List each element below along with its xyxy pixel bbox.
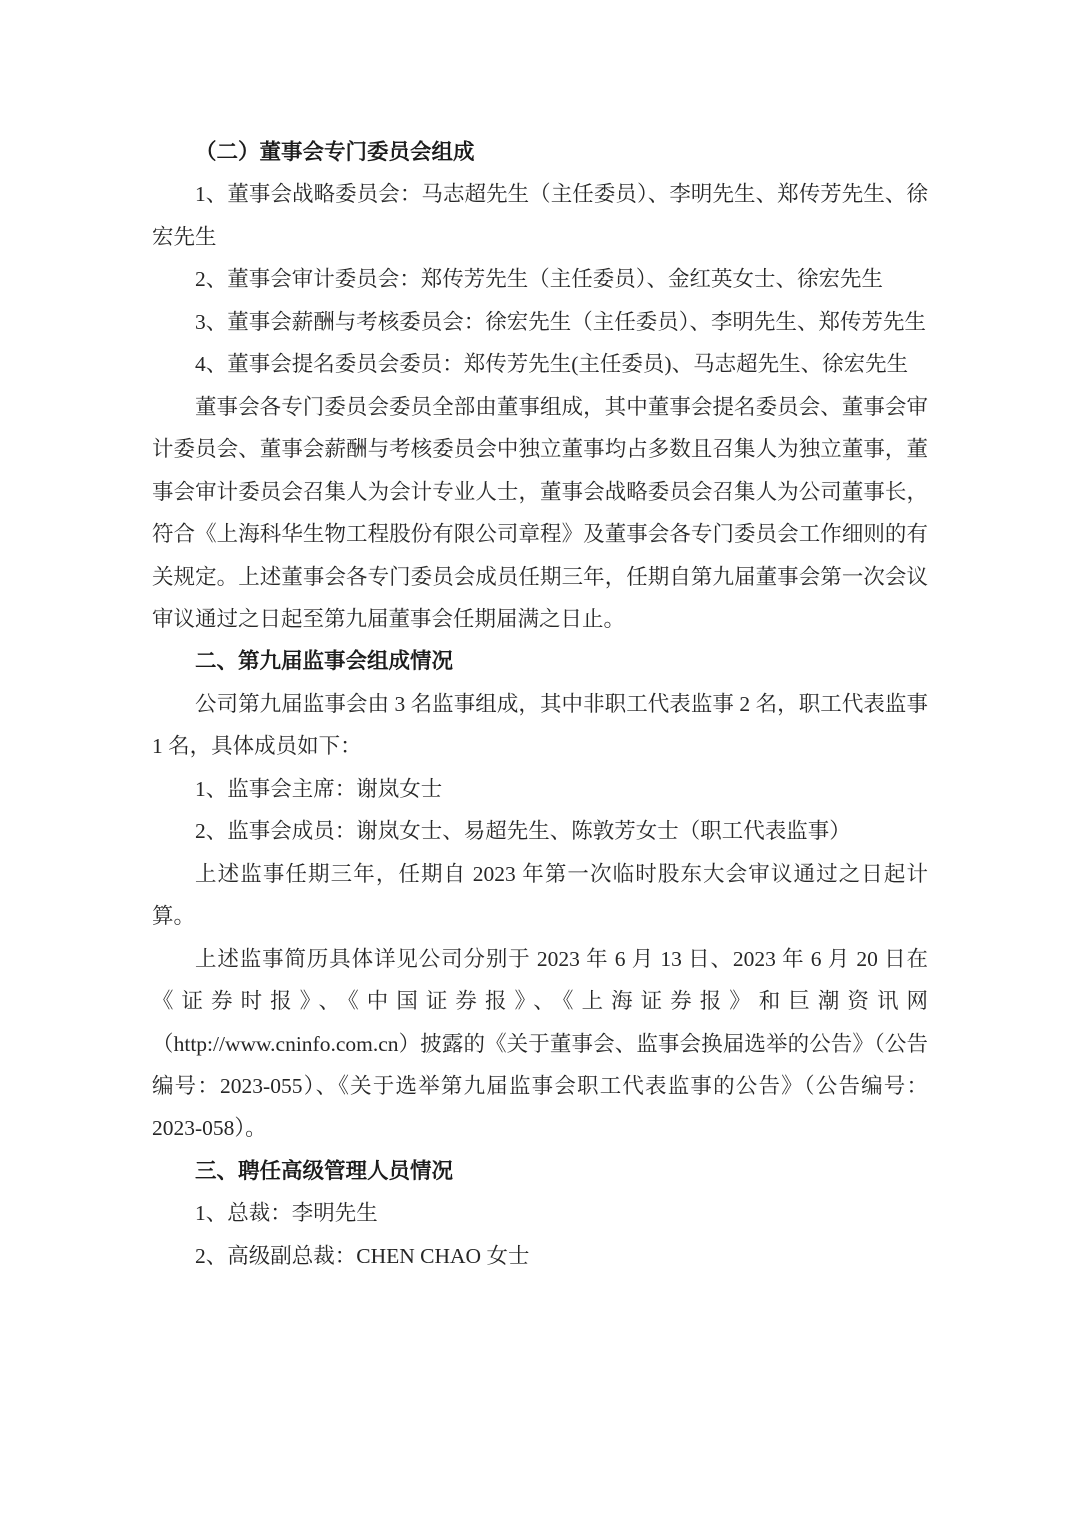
section-heading-supervisory-board: 二、第九届监事会组成情况 xyxy=(152,640,928,682)
paragraph-senior-vice-president: 2、高级副总裁：CHEN CHAO 女士 xyxy=(152,1235,928,1277)
paragraph-compensation-committee: 3、董事会薪酬与考核委员会：徐宏先生（主任委员）、李明先生、郑传芳先生 xyxy=(152,301,928,343)
document-body: （二）董事会专门委员会组成 1、董事会战略委员会：马志超先生（主任委员）、李明先… xyxy=(152,131,928,1277)
section-heading-senior-management: 三、聘任高级管理人员情况 xyxy=(152,1150,928,1192)
paragraph-supervisory-term: 上述监事任期三年，任期自 2023 年第一次临时股东大会审议通过之日起计算。 xyxy=(152,853,928,938)
paragraph-president: 1、总裁：李明先生 xyxy=(152,1192,928,1234)
document-page: （二）董事会专门委员会组成 1、董事会战略委员会：马志超先生（主任委员）、李明先… xyxy=(0,0,1080,1527)
paragraph-committee-composition: 董事会各专门委员会委员全部由董事组成，其中董事会提名委员会、董事会审计委员会、董… xyxy=(152,386,928,641)
paragraph-audit-committee: 2、董事会审计委员会：郑传芳先生（主任委员）、金红英女士、徐宏先生 xyxy=(152,258,928,300)
paragraph-supervisory-members: 2、监事会成员：谢岚女士、易超先生、陈敦芳女士（职工代表监事） xyxy=(152,810,928,852)
section-heading-board-committees: （二）董事会专门委员会组成 xyxy=(152,131,928,173)
paragraph-disclosure-notice: 上述监事简历具体详见公司分别于 2023 年 6 月 13 日、2023 年 6… xyxy=(152,938,928,1150)
paragraph-supervisory-overview: 公司第九届监事会由 3 名监事组成，其中非职工代表监事 2 名，职工代表监事 1… xyxy=(152,683,928,768)
paragraph-nomination-committee: 4、董事会提名委员会委员：郑传芳先生(主任委员)、马志超先生、徐宏先生 xyxy=(152,343,928,385)
paragraph-strategy-committee: 1、董事会战略委员会：马志超先生（主任委员）、李明先生、郑传芳先生、徐宏先生 xyxy=(152,173,928,258)
paragraph-supervisory-chair: 1、监事会主席：谢岚女士 xyxy=(152,768,928,810)
